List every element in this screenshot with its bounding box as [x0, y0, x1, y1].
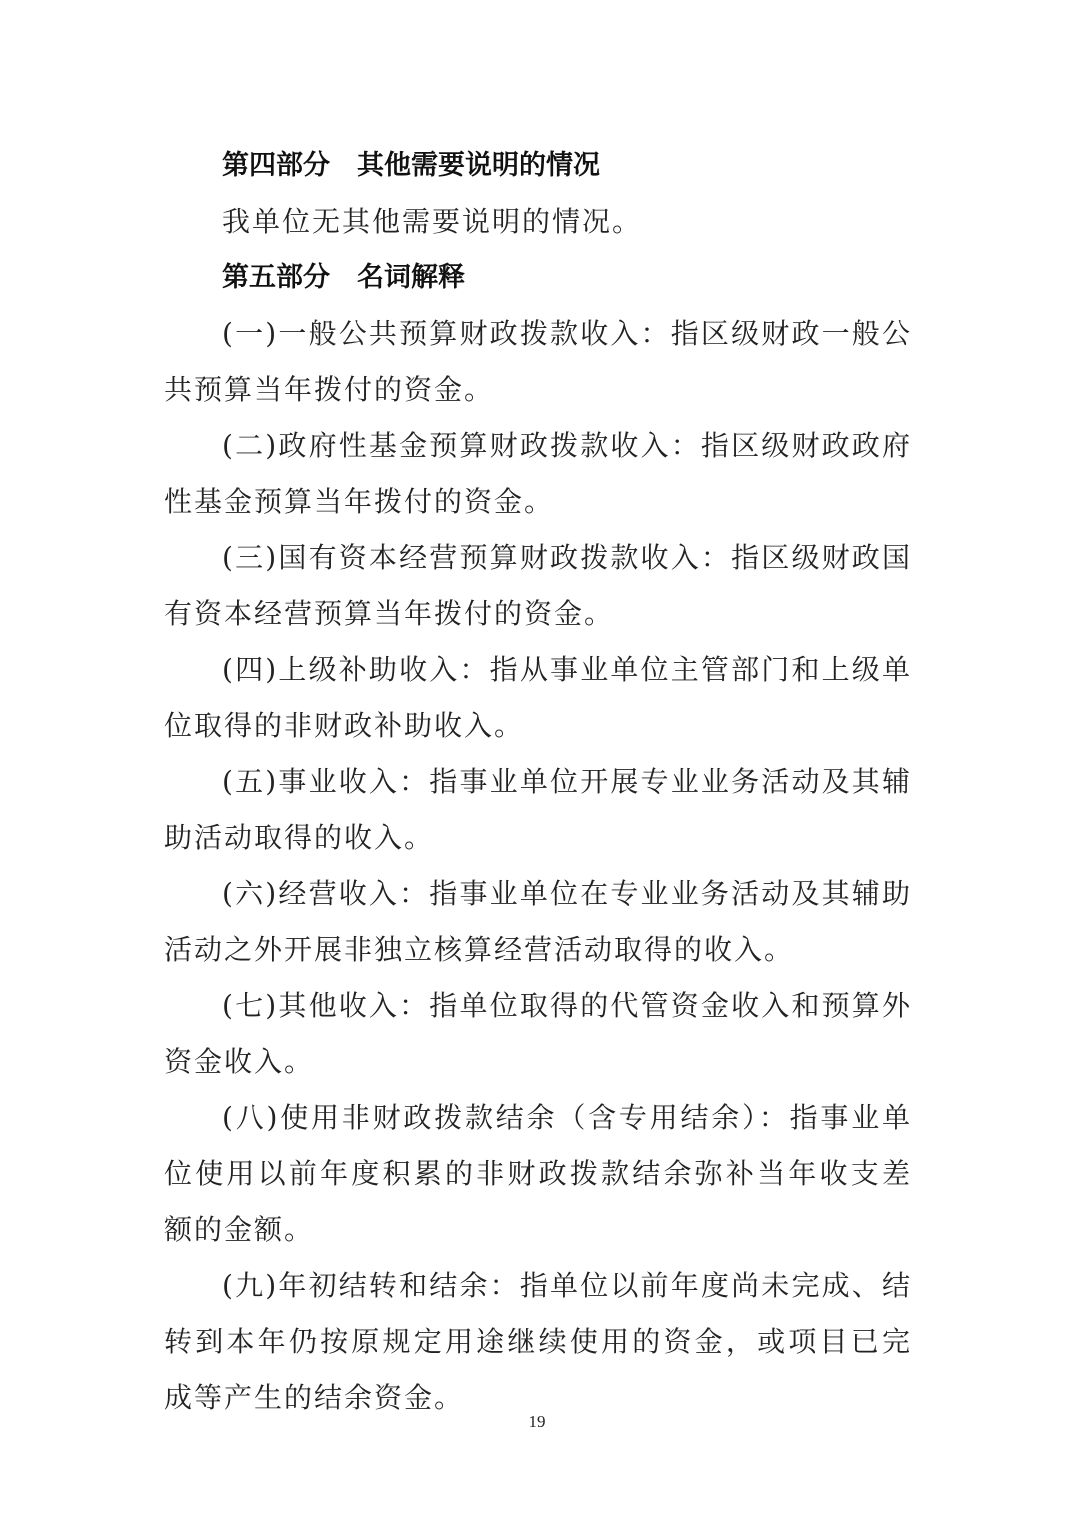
document-page: 第四部分 其他需要说明的情况 我单位无其他需要说明的情况。 第五部分 名词解释 … — [0, 0, 1074, 1520]
page-number: 19 — [0, 1412, 1074, 1432]
item-label: (七) — [222, 989, 278, 1022]
page-content: 第四部分 其他需要说明的情况 我单位无其他需要说明的情况。 第五部分 名词解释 … — [164, 138, 912, 1426]
definition-item-8: (八)使用非财政拨款结余（含专用结余）：指事业单位使用以前年度积累的非财政拨款结… — [164, 1090, 912, 1258]
definition-item-4: (四)上级补助收入：指从事业单位主管部门和上级单位取得的非财政补助收入。 — [164, 642, 912, 754]
definition-item-6: (六)经营收入：指事业单位在专业业务活动及其辅助活动之外开展非独立核算经营活动取… — [164, 866, 912, 978]
item-label: (五) — [222, 765, 278, 798]
definition-item-7: (七)其他收入：指单位取得的代管资金收入和预算外资金收入。 — [164, 978, 912, 1090]
definition-item-3: (三)国有资本经营预算财政拨款收入：指区级财政国有资本经营预算当年拨付的资金。 — [164, 530, 912, 642]
definition-item-1: (一)一般公共预算财政拨款收入：指区级财政一般公共预算当年拨付的资金。 — [164, 306, 912, 418]
item-label: (六) — [222, 877, 278, 910]
definition-item-9: (九)年初结转和结余：指单位以前年度尚未完成、结转到本年仍按原规定用途继续使用的… — [164, 1258, 912, 1426]
item-label: (八) — [222, 1101, 279, 1134]
section-4-heading: 第四部分 其他需要说明的情况 — [164, 138, 912, 194]
item-label: (九) — [222, 1269, 278, 1302]
definition-item-2: (二)政府性基金预算财政拨款收入：指区级财政政府性基金预算当年拨付的资金。 — [164, 418, 912, 530]
item-label: (二) — [222, 429, 278, 462]
definition-item-5: (五)事业收入：指事业单位开展专业业务活动及其辅助活动取得的收入。 — [164, 754, 912, 866]
item-label: (三) — [222, 541, 278, 574]
section-5-heading: 第五部分 名词解释 — [164, 250, 912, 306]
item-label: (一) — [222, 317, 278, 350]
item-label: (四) — [222, 653, 278, 686]
section-4-body: 我单位无其他需要说明的情况。 — [164, 194, 912, 250]
